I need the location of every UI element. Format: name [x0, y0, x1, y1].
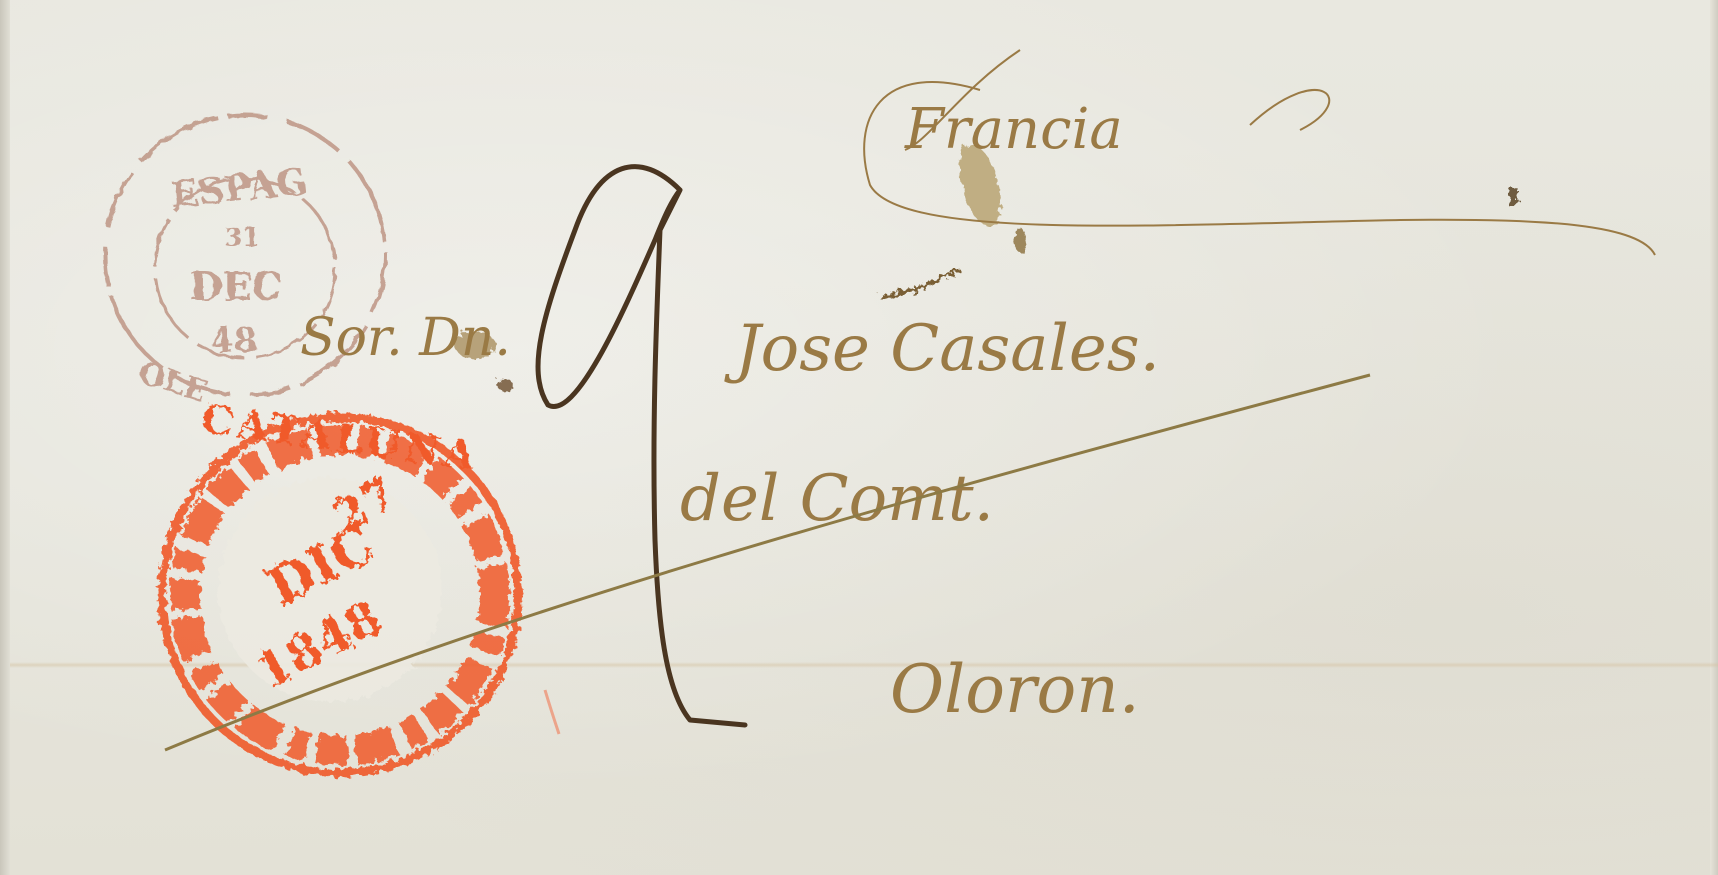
address-line-2-text: del Comt. [680, 462, 994, 536]
cover-markings: ESPAG 31 DEC 48 OLE 27 DIC 1848 CATALUNA… [0, 0, 1718, 875]
address-line-2: del Comt. [680, 462, 994, 536]
rate-mark-value: 2 [0, 0, 1, 1]
salutation: Sor. Dn. [300, 308, 511, 368]
origin-postmark-day: 31 [224, 223, 260, 253]
origin-postmark-lower-text: OLE [134, 355, 211, 410]
routing-francia: Francia [864, 50, 1655, 255]
origin-postmark-year: 48 [210, 321, 257, 361]
origin-postmark-top-text: ESPAG [169, 161, 309, 217]
routing-francia-text: Francia [904, 97, 1123, 162]
destination-line: Oloron. [890, 651, 1140, 728]
red-datestamp-outer-text: CATALUNA [198, 395, 482, 480]
origin-postmark-month: DEC [190, 264, 282, 309]
salutation-text: Sor. Dn. [300, 308, 511, 368]
addressee-line: Jose Casales. [724, 312, 1160, 386]
red-datestamp: 27 DIC 1848 CATALUNA [162, 395, 518, 773]
destination-text: Oloron. [890, 651, 1140, 728]
addressee-text: Jose Casales. [724, 312, 1160, 386]
postal-cover: ESPAG 31 DEC 48 OLE 27 DIC 1848 CATALUNA… [0, 0, 1718, 875]
